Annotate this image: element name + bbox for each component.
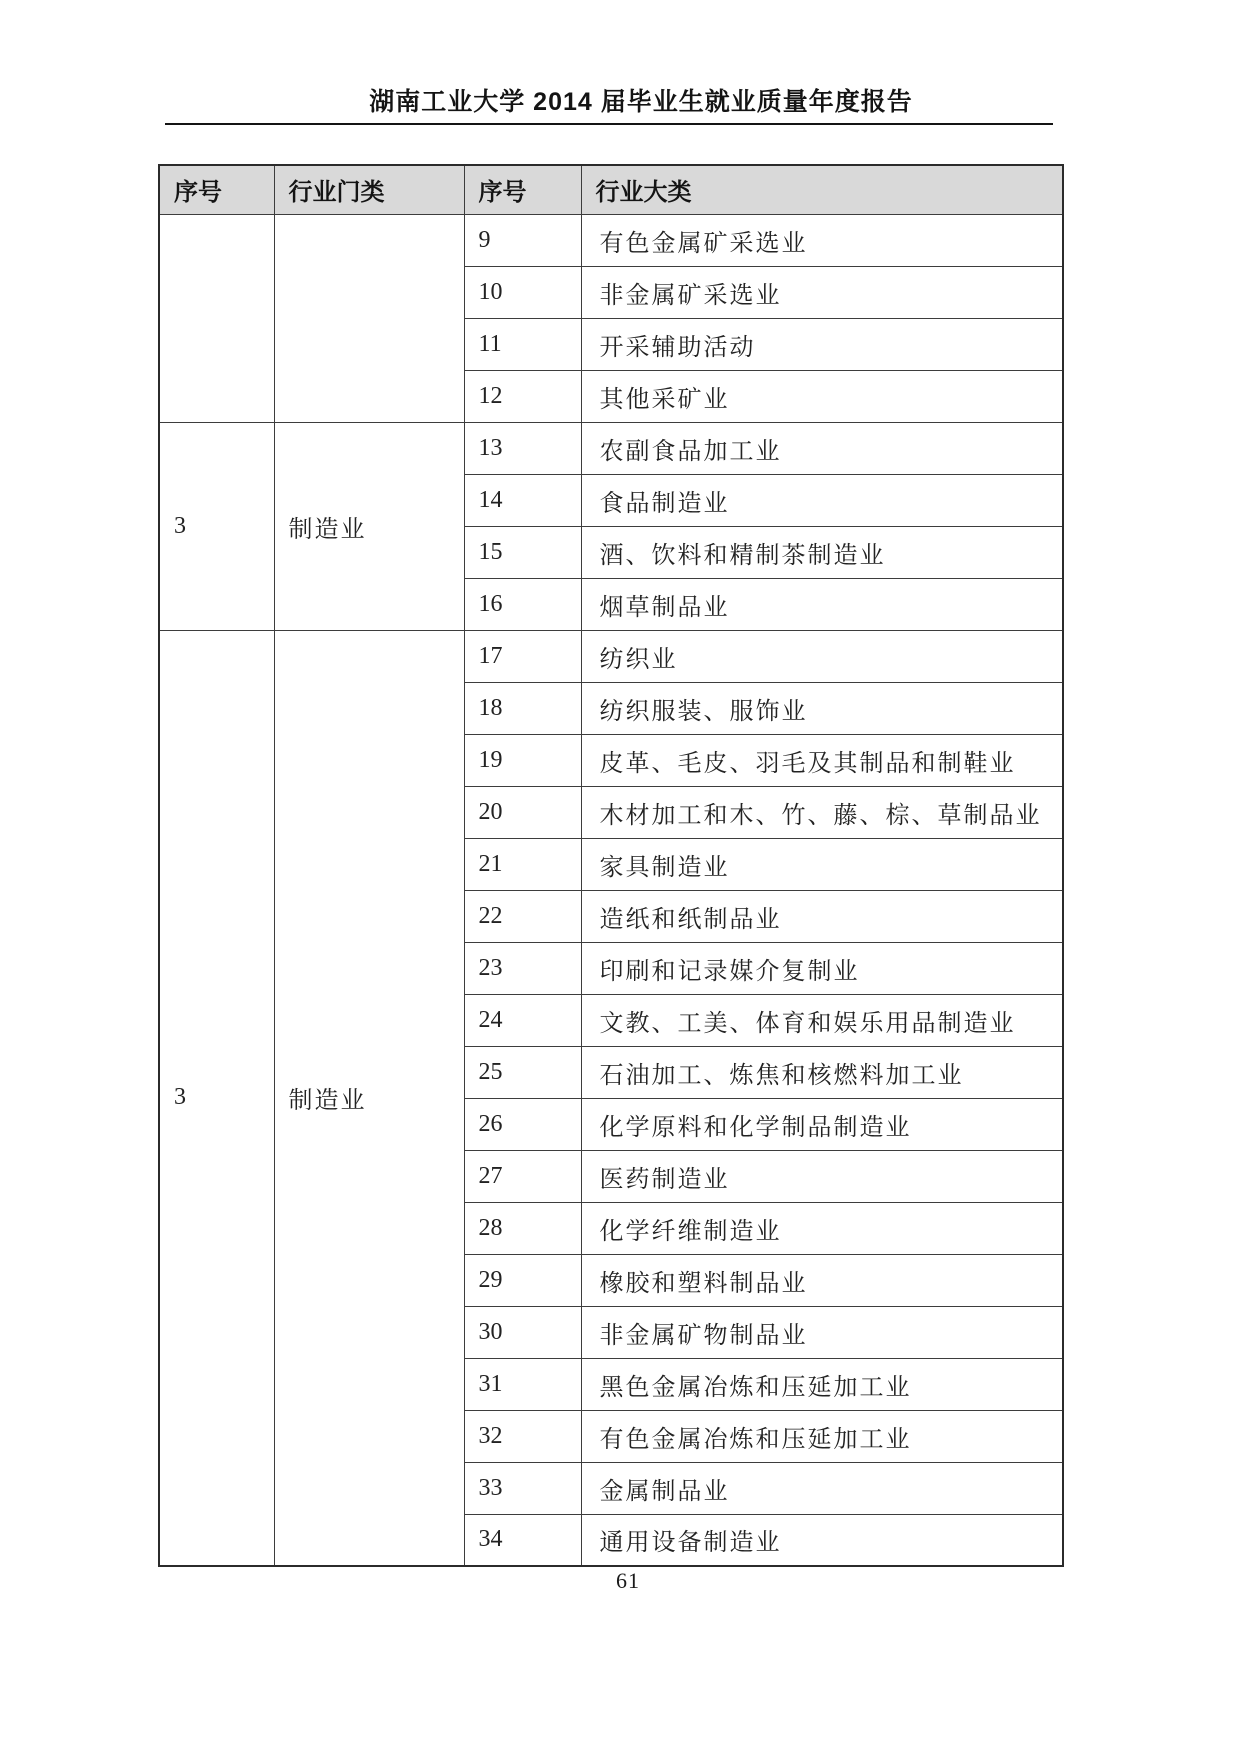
column-header-serial: 序号	[159, 165, 274, 214]
row-number: 19	[464, 734, 581, 786]
industry-name: 有色金属冶炼和压延加工业	[581, 1410, 1063, 1462]
industry-name: 其他采矿业	[581, 370, 1063, 422]
row-number: 23	[464, 942, 581, 994]
table-row: 3 制造业 17 纺织业	[159, 630, 1063, 682]
row-number: 11	[464, 318, 581, 370]
row-number: 10	[464, 266, 581, 318]
industry-name: 金属制品业	[581, 1462, 1063, 1514]
industry-name: 木材加工和木、竹、藤、棕、草制品业	[581, 786, 1063, 838]
row-number: 18	[464, 682, 581, 734]
row-number: 20	[464, 786, 581, 838]
row-number: 14	[464, 474, 581, 526]
table-body: 9 有色金属矿采选业 10 非金属矿采选业 11 开采辅助活动 12 其他采矿业…	[159, 214, 1063, 1566]
column-header-serial2: 序号	[464, 165, 581, 214]
document-page: { "page": { "title": "湖南工业大学 2014 届毕业生就业…	[0, 0, 1241, 1754]
industry-name: 医药制造业	[581, 1150, 1063, 1202]
row-number: 29	[464, 1254, 581, 1306]
industry-name: 纺织服装、服饰业	[581, 682, 1063, 734]
row-number: 9	[464, 214, 581, 266]
table-header: 序号 行业门类 序号 行业大类	[159, 165, 1063, 214]
industry-name: 非金属矿采选业	[581, 266, 1063, 318]
industry-name: 农副食品加工业	[581, 422, 1063, 474]
row-number: 30	[464, 1306, 581, 1358]
row-number: 22	[464, 890, 581, 942]
page-title: 湖南工业大学 2014 届毕业生就业质量年度报告	[0, 82, 1241, 118]
row-number: 34	[464, 1514, 581, 1566]
row-number: 12	[464, 370, 581, 422]
industry-name: 酒、饮料和精制茶制造业	[581, 526, 1063, 578]
industry-name: 纺织业	[581, 630, 1063, 682]
industry-name: 家具制造业	[581, 838, 1063, 890]
row-number: 28	[464, 1202, 581, 1254]
header-divider	[165, 123, 1053, 125]
industry-name: 化学原料和化学制品制造业	[581, 1098, 1063, 1150]
row-number: 31	[464, 1358, 581, 1410]
industry-name: 通用设备制造业	[581, 1514, 1063, 1566]
row-number: 27	[464, 1150, 581, 1202]
table-header-row: 序号 行业门类 序号 行业大类	[159, 165, 1063, 214]
row-number: 33	[464, 1462, 581, 1514]
row-number: 17	[464, 630, 581, 682]
group-serial-cell: 3	[159, 630, 274, 1566]
row-number: 24	[464, 994, 581, 1046]
group-category-cell: 制造业	[274, 422, 464, 630]
page-number: 61	[0, 1568, 1241, 1594]
industry-name: 开采辅助活动	[581, 318, 1063, 370]
table-row: 3 制造业 13 农副食品加工业	[159, 422, 1063, 474]
industry-name: 造纸和纸制品业	[581, 890, 1063, 942]
industry-name: 非金属矿物制品业	[581, 1306, 1063, 1358]
industry-name: 文教、工美、体育和娱乐用品制造业	[581, 994, 1063, 1046]
industry-name: 皮革、毛皮、羽毛及其制品和制鞋业	[581, 734, 1063, 786]
industry-classification-table: 序号 行业门类 序号 行业大类 9 有色金属矿采选业 10 非金属矿采选业 11…	[158, 164, 1064, 1567]
column-header-category: 行业门类	[274, 165, 464, 214]
industry-name: 石油加工、炼焦和核燃料加工业	[581, 1046, 1063, 1098]
column-header-major: 行业大类	[581, 165, 1063, 214]
row-number: 13	[464, 422, 581, 474]
industry-name: 印刷和记录媒介复制业	[581, 942, 1063, 994]
group-category-cell: 制造业	[274, 630, 464, 1566]
row-number: 26	[464, 1098, 581, 1150]
row-number: 16	[464, 578, 581, 630]
industry-name: 有色金属矿采选业	[581, 214, 1063, 266]
industry-name: 黑色金属冶炼和压延加工业	[581, 1358, 1063, 1410]
row-number: 25	[464, 1046, 581, 1098]
row-number: 32	[464, 1410, 581, 1462]
table-row: 9 有色金属矿采选业	[159, 214, 1063, 266]
industry-name: 橡胶和塑料制品业	[581, 1254, 1063, 1306]
group-category-cell	[274, 214, 464, 422]
row-number: 15	[464, 526, 581, 578]
group-serial-cell	[159, 214, 274, 422]
industry-name: 化学纤维制造业	[581, 1202, 1063, 1254]
industry-name: 食品制造业	[581, 474, 1063, 526]
group-serial-cell: 3	[159, 422, 274, 630]
industry-name: 烟草制品业	[581, 578, 1063, 630]
row-number: 21	[464, 838, 581, 890]
